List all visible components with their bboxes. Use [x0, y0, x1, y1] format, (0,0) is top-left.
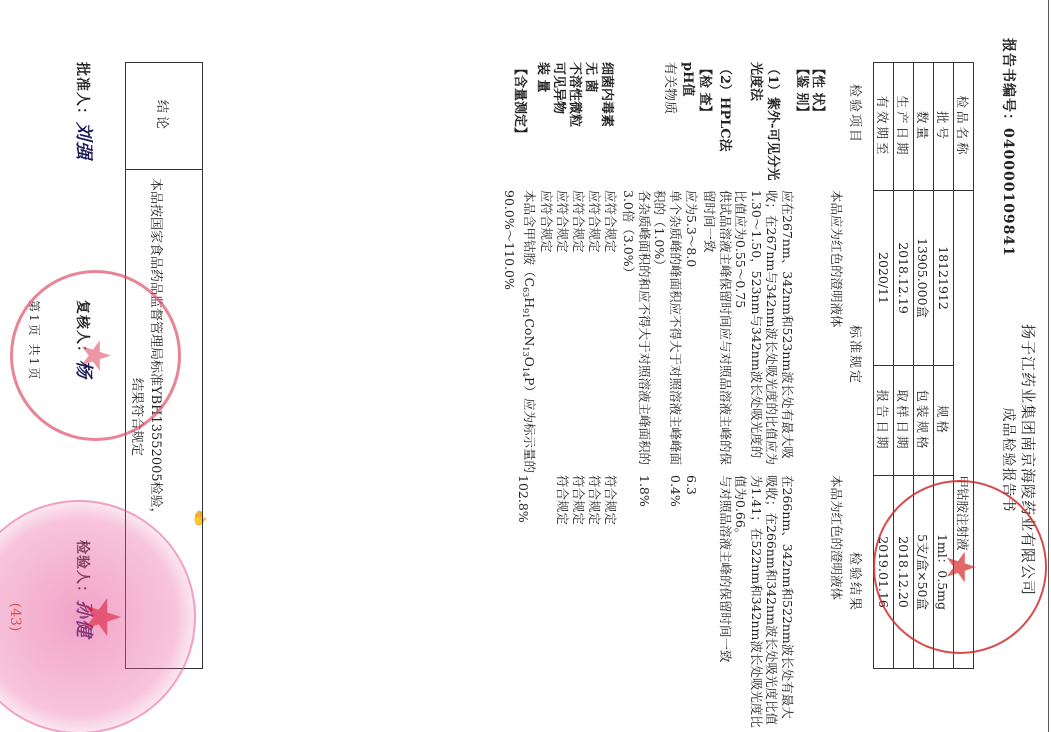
- report-number-label: 报告书编号：: [1000, 38, 1016, 128]
- formula-el: CoN: [522, 318, 537, 346]
- std-uv-vis: 应在267nm、342nm和523nm波长处有最大吸收；在267nm与342nm…: [733, 190, 795, 470]
- inspector-signature: 孙健: [73, 600, 94, 638]
- std-particulates: 应符合规定: [571, 190, 587, 253]
- reviewer: 复核人：杨: [72, 300, 98, 379]
- info-row: 数量 13905.000盒 包装规格 5支/盒×50盒: [914, 63, 934, 669]
- lab-seal-number: (43): [7, 603, 23, 632]
- info-label: 生产日期: [894, 63, 914, 191]
- info-row: 批号 18121912 规格 1ml：0.5mg: [934, 63, 954, 669]
- std-visible-matter: 应符合规定: [555, 190, 571, 253]
- item-identification: 【鉴 别】: [794, 62, 813, 119]
- std-related-total: 各杂质峰面积的和应不得大于对照溶液主峰面积的3.0倍（3.0%）: [621, 190, 652, 470]
- conclusion-table: 结论 本品按国家食品药品监督管理局标准YBH13552005检验， 结果符合规定: [125, 62, 203, 669]
- res-sterility: 符合规定: [587, 475, 603, 525]
- col-header-standard: 标准规定: [847, 325, 866, 385]
- inspector: 检验人：孙健: [72, 540, 98, 638]
- item-fill-volume: 装 量: [535, 62, 554, 93]
- quantity: 13905.000盒: [914, 191, 934, 366]
- company-name: 扬子江药业集团南京海陵药业有限公司: [1018, 200, 1039, 720]
- col-header-item: 检验项目: [847, 84, 866, 144]
- std-assay: 本品含甲钴胺（C63H91CoN13O14P）应为标示量的90.0%～110.0…: [502, 190, 537, 480]
- production-date: 2018.12.19: [894, 191, 914, 366]
- info-label: 有效期至: [874, 63, 894, 191]
- product-name: 甲钴胺注射液: [954, 476, 974, 669]
- report-title: 成品检验报告书: [999, 200, 1019, 720]
- packaging: 5支/盒×50盒: [914, 476, 934, 669]
- info-label: 批号: [934, 63, 954, 191]
- report-date: 2019.01.16: [874, 476, 894, 669]
- conclusion-label: 结论: [126, 63, 203, 170]
- res-visible-matter: 符合规定: [555, 475, 571, 525]
- report-number-value: 040000109841: [1000, 128, 1016, 257]
- std-related-single: 单个杂质峰的峰面积应不得大于对照溶液主峰峰面积的（1.0%）: [652, 190, 683, 470]
- res-particulates: 符合规定: [571, 475, 587, 525]
- info-row: 检品名称 甲钴胺注射液: [954, 63, 974, 669]
- approver-label: 批准人：: [74, 62, 90, 122]
- document-viewport: 扬子江药业集团南京海陵药业有限公司 成品检验报告书 报告书编号：04000010…: [0, 0, 1051, 732]
- batch-number: 18121912: [934, 191, 954, 366]
- formula-sub: 63: [521, 287, 530, 297]
- formula-el: H: [522, 297, 537, 308]
- reviewer-signature: 杨: [73, 360, 94, 379]
- inspector-label: 检验人：: [74, 540, 90, 600]
- item-check: 【检 查】: [697, 62, 716, 119]
- reviewer-label: 复核人：: [74, 300, 90, 360]
- item-uv-vis: （1）紫外-可见分光光度法: [747, 62, 781, 187]
- approver-signature: 刘强: [73, 122, 94, 160]
- formula-el: O: [522, 357, 537, 367]
- info-label: 检品名称: [954, 63, 974, 191]
- conclusion-line2: 结果符合规定: [129, 178, 148, 660]
- report-number: 报告书编号：040000109841: [999, 38, 1019, 257]
- std-fill-volume: 应符合规定: [539, 190, 555, 253]
- res-hplc: 与对照品溶液主峰的保留时间一致: [718, 475, 734, 730]
- report-page: 扬子江药业集团南京海陵药业有限公司 成品检验报告书 报告书编号：04000010…: [0, 0, 1051, 732]
- top-border: [1048, 0, 1049, 732]
- item-related-substances: 有关物质: [662, 62, 681, 114]
- item-assay: 【含量测定】: [512, 62, 531, 140]
- res-assay: 102.8%: [516, 475, 532, 523]
- info-row: 生产日期 2018.12.19 取样日期 2018.12.20: [894, 63, 914, 669]
- formula-sub: 14: [521, 367, 530, 377]
- formula-sub: 13: [521, 346, 530, 356]
- sampling-date: 2018.12.20: [894, 476, 914, 669]
- info-value: [954, 191, 974, 476]
- item-ph: pH值: [680, 62, 699, 96]
- conclusion-text: 本品按国家食品药品监督管理局标准YBH13552005检验， 结果符合规定: [126, 170, 171, 669]
- info-label: 数量: [914, 63, 934, 191]
- info-label: 规格: [934, 366, 954, 476]
- conclusion-line1: 本品按国家食品药品监督管理局标准YBH13552005检验，: [148, 178, 167, 660]
- res-related-total: 1.8%: [637, 475, 653, 507]
- std-ph: 应为5.3～8.0: [684, 190, 700, 267]
- std-assay-pre: 本品含甲钴胺（C: [522, 190, 537, 287]
- formula-sub: 91: [521, 308, 530, 318]
- info-label: 报告日期: [874, 366, 894, 476]
- res-endotoxin: 符合规定: [603, 475, 619, 525]
- page-indicator: 第1页 共1页: [26, 300, 43, 381]
- approver: 批准人：刘强: [72, 62, 98, 160]
- expiry-date: 2020/11: [874, 191, 894, 366]
- col-header-result: 检验结果: [847, 552, 866, 612]
- info-row: 有效期至 2020/11 报告日期 2019.01.16: [874, 63, 894, 669]
- product-info-table: 检品名称 甲钴胺注射液 批号 18121912 规格 1ml：0.5mg 数量 …: [873, 62, 974, 669]
- res-uv-vis: 在266nm、342nm和522nm波长处有最大吸收；在266nm和342nm波…: [733, 475, 795, 730]
- std-hplc: 供试品溶液主峰保留时间应与对照品溶液主峰的保留时间一致: [702, 190, 733, 470]
- std-endotoxin: 应符合规定: [603, 190, 619, 253]
- std-sterility: 应符合规定: [587, 190, 603, 253]
- res-related-single: 0.4%: [668, 475, 684, 507]
- item-hplc: （2）HPLC法: [717, 62, 736, 152]
- std-appearance: 本品应为红色的澄明液体: [829, 190, 845, 328]
- res-ph: 6.3: [684, 475, 700, 495]
- info-label: 取样日期: [894, 366, 914, 476]
- specification: 1ml：0.5mg: [934, 476, 954, 669]
- info-label: 包装规格: [914, 366, 934, 476]
- res-appearance: 本品为红色的澄明液体: [829, 475, 845, 600]
